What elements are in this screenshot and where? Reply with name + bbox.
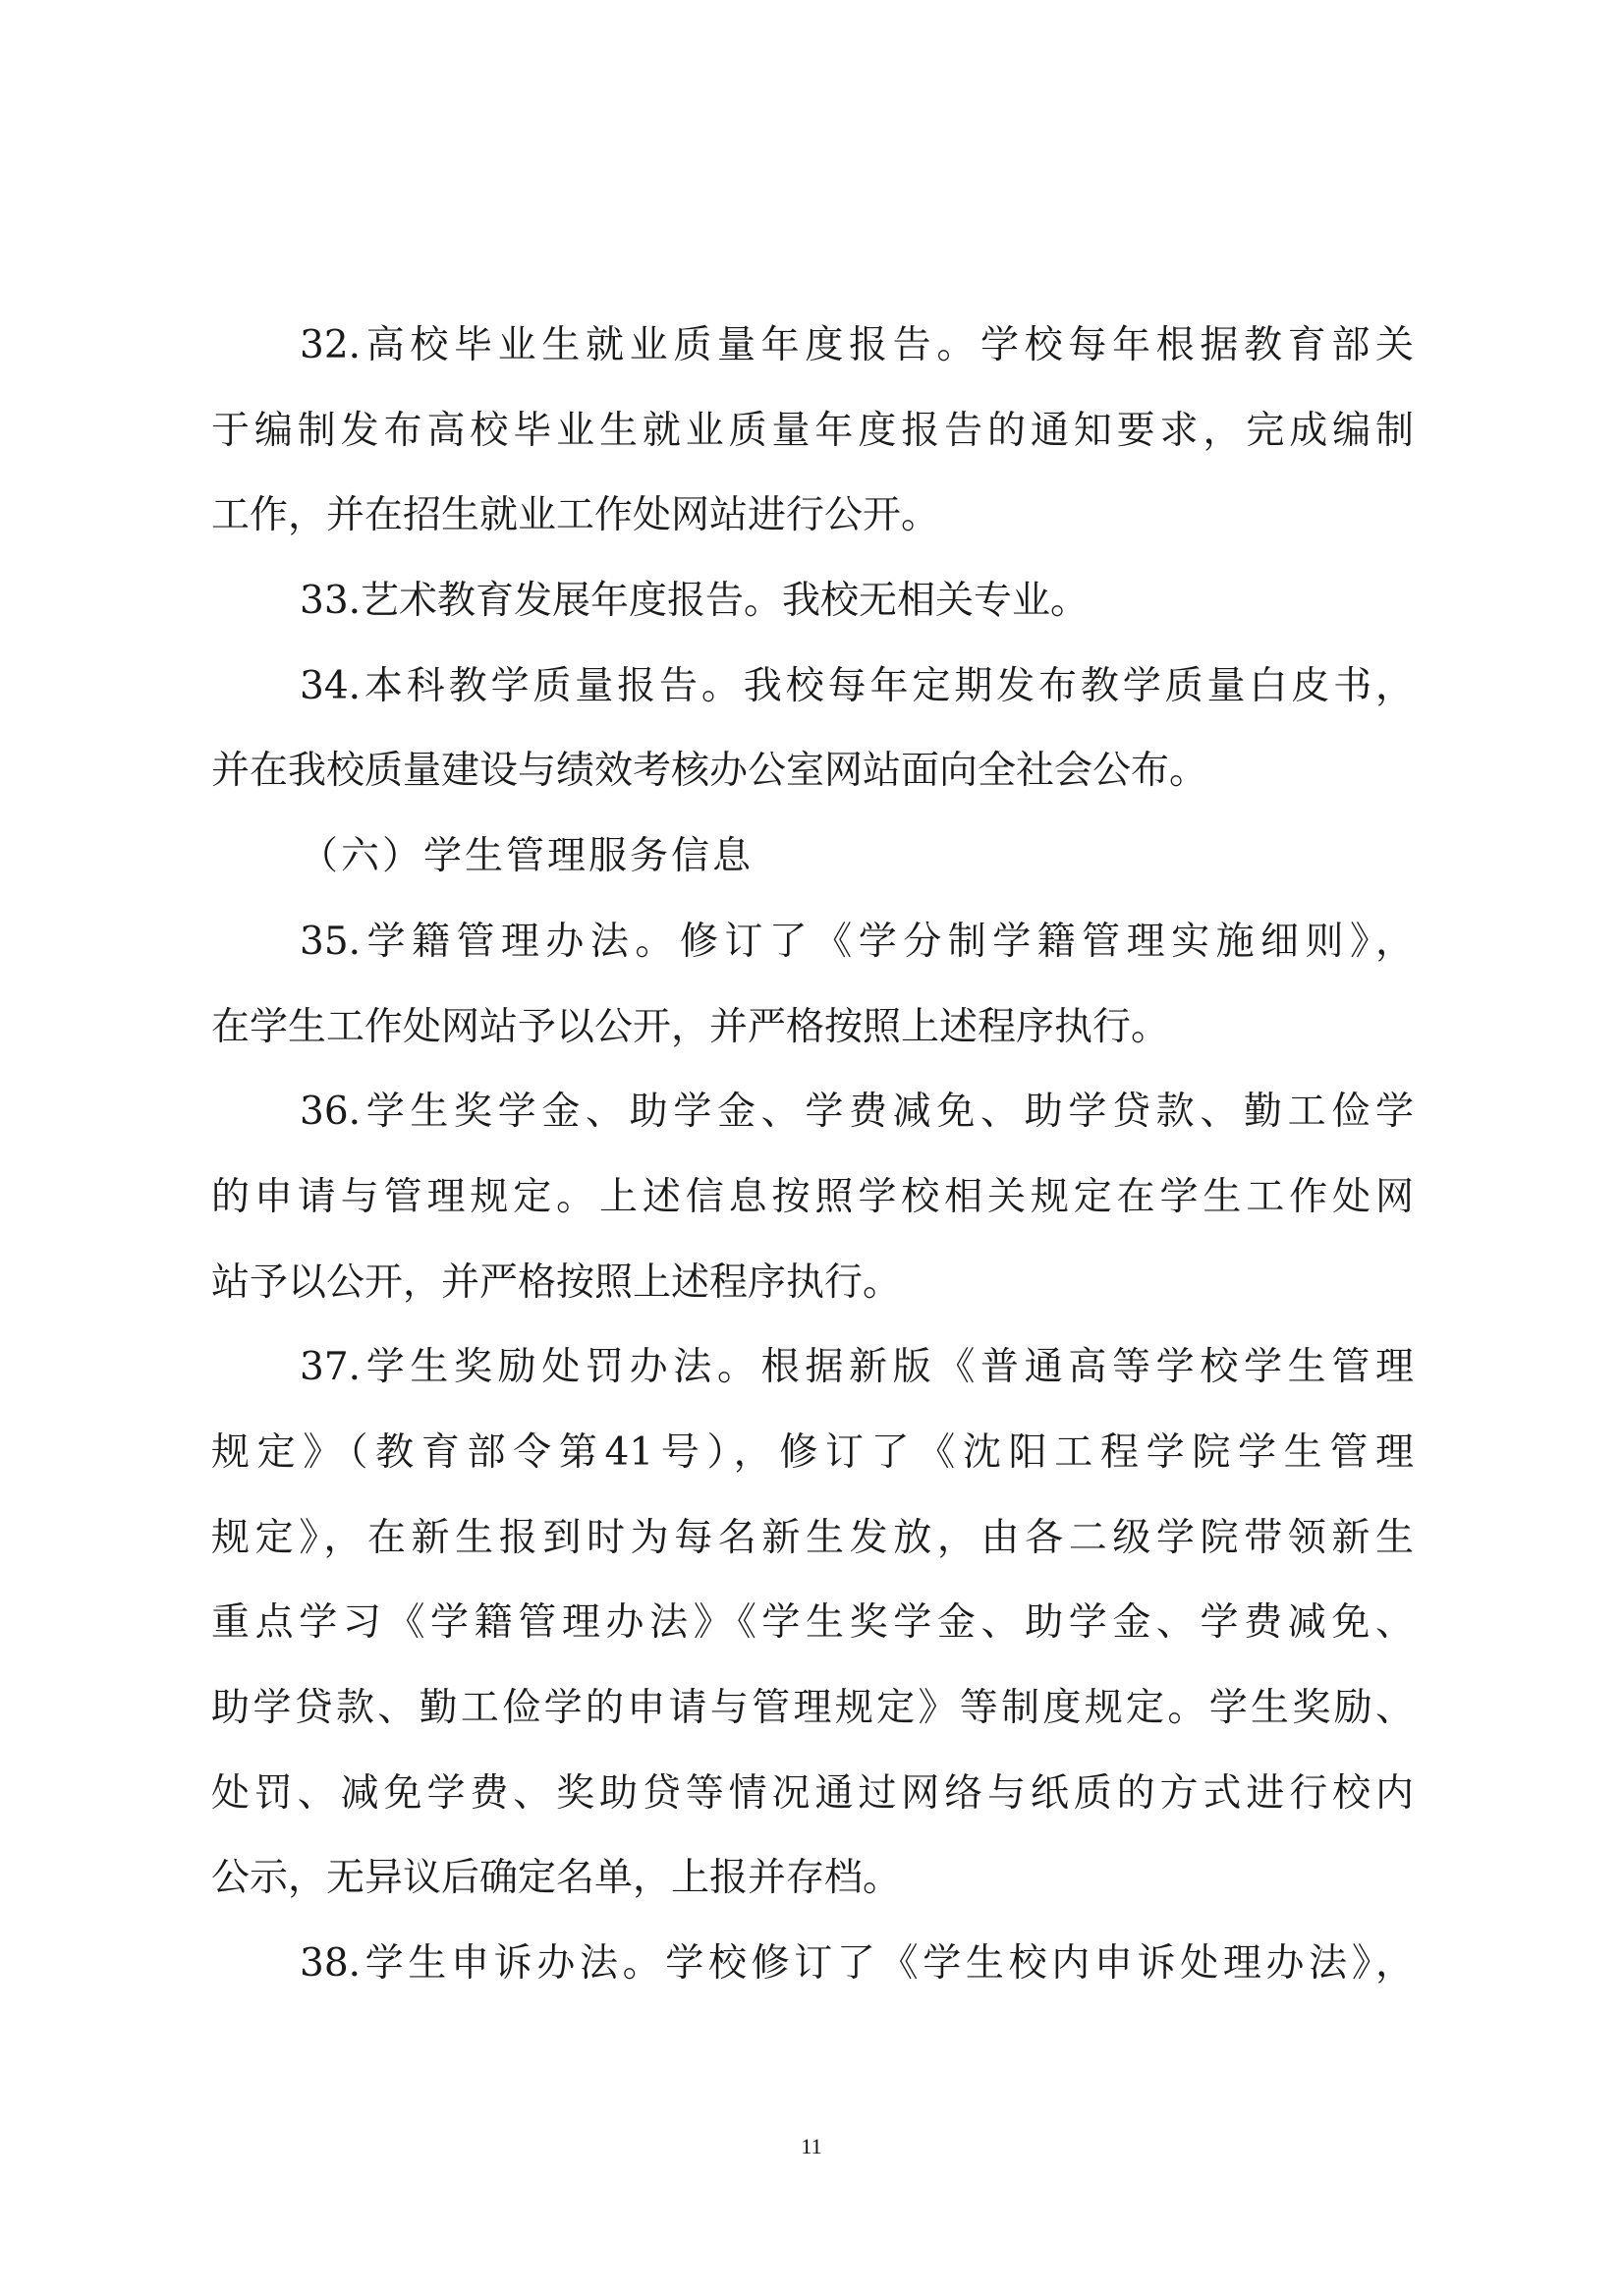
paragraph-36-line-1: 36.学生奖学金、助学金、学费减免、助学贷款、勤工俭学 [211, 1083, 1414, 1168]
paragraph-36-line-3: 站予以公开，并严格按照上述程序执行。 [211, 1254, 1414, 1339]
paragraph-36-line-2: 的申请与管理规定。上述信息按照学校相关规定在学生工作处网 [211, 1168, 1414, 1254]
paragraph-37-line-6: 处罚、减免学费、奖助贷等情况通过网络与纸质的方式进行校内 [211, 1764, 1414, 1850]
paragraph-34-line-1: 34.本科教学质量报告。我校每年定期发布教学质量白皮书， [211, 657, 1414, 743]
paragraph-32-line-2: 于编制发布高校毕业生就业质量年度报告的通知要求，完成编制 [211, 402, 1414, 487]
paragraph-35-line-1: 35.学籍管理办法。修订了《学分制学籍管理实施细则》， [211, 913, 1414, 998]
paragraph-37-line-4: 重点学习《学籍管理办法》《学生奖学金、助学金、学费减免、 [211, 1594, 1414, 1679]
paragraph-32-line-1: 32.高校毕业生就业质量年度报告。学校每年根据教育部关 [211, 316, 1414, 402]
document-body: 32.高校毕业生就业质量年度报告。学校每年根据教育部关 于编制发布高校毕业生就业… [211, 316, 1414, 2020]
paragraph-37-line-1: 37.学生奖励处罚办法。根据新版《普通高等学校学生管理 [211, 1338, 1414, 1424]
paragraph-37-line-5: 助学贷款、勤工俭学的申请与管理规定》等制度规定。学生奖励、 [211, 1679, 1414, 1764]
paragraph-33-line-1: 33.艺术教育发展年度报告。我校无相关专业。 [211, 572, 1414, 657]
page-number: 11 [0, 2134, 1623, 2159]
paragraph-35-line-2: 在学生工作处网站予以公开，并严格按照上述程序执行。 [211, 998, 1414, 1084]
section-heading-student-management: （六）学生管理服务信息 [211, 827, 1414, 913]
paragraph-37-line-7: 公示，无异议后确定名单，上报并存档。 [211, 1849, 1414, 1934]
paragraph-37-line-2: 规定》（教育部令第41号），修订了《沈阳工程学院学生管理 [211, 1424, 1414, 1509]
paragraph-34-line-2: 并在我校质量建设与绩效考核办公室网站面向全社会公布。 [211, 742, 1414, 827]
paragraph-37-line-3: 规定》，在新生报到时为每名新生发放，由各二级学院带领新生 [211, 1509, 1414, 1595]
paragraph-38-line-1: 38.学生申诉办法。学校修订了《学生校内申诉处理办法》， [211, 1934, 1414, 2020]
paragraph-32-line-3: 工作，并在招生就业工作处网站进行公开。 [211, 486, 1414, 572]
document-page: 32.高校毕业生就业质量年度报告。学校每年根据教育部关 于编制发布高校毕业生就业… [0, 0, 1623, 2296]
